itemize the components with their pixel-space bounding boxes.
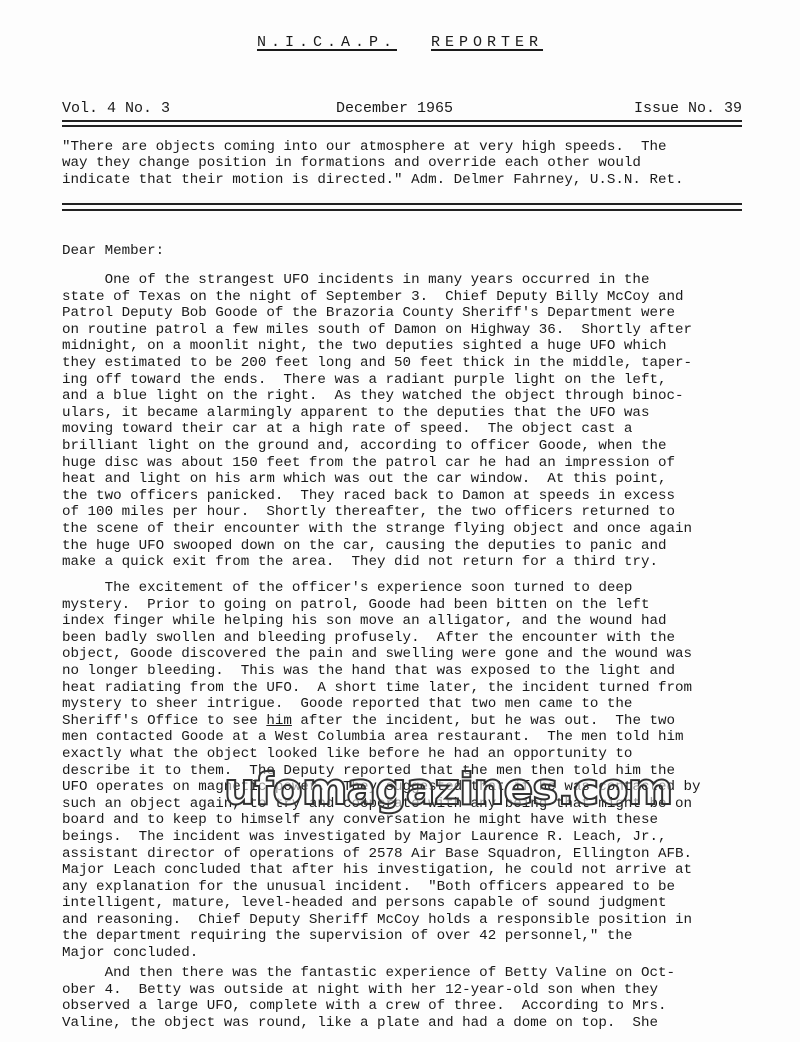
issue-info-bar: Vol. 4 No. 3 December 1965 Issue No. 39 bbox=[62, 100, 742, 122]
paragraph-mystery: The excitement of the officer's experien… bbox=[62, 580, 782, 962]
paragraph-text: after the incident, but he was out. The … bbox=[62, 713, 701, 961]
epigraph-quote: "There are objects coming into our atmos… bbox=[62, 139, 762, 188]
masthead-title: REPORTER bbox=[431, 34, 543, 51]
divider bbox=[62, 125, 742, 127]
masthead-org: N.I.C.A.P. bbox=[257, 34, 397, 51]
paragraph-betty-valine: And then there was the fantastic experie… bbox=[62, 965, 782, 1031]
divider bbox=[62, 209, 742, 211]
issue-date: December 1965 bbox=[336, 100, 453, 117]
volume-number: Vol. 4 No. 3 bbox=[62, 100, 170, 117]
underlined-word: him bbox=[266, 713, 292, 729]
paragraph-text: The excitement of the officer's experien… bbox=[62, 580, 692, 729]
divider bbox=[62, 203, 742, 205]
paragraph-texas-incident: One of the strangest UFO incidents in ma… bbox=[62, 272, 782, 571]
newsletter-page: N.I.C.A.P.REPORTER Vol. 4 No. 3 December… bbox=[0, 0, 800, 1042]
issue-number: Issue No. 39 bbox=[634, 100, 742, 117]
masthead: N.I.C.A.P.REPORTER bbox=[0, 34, 800, 51]
salutation: Dear Member: bbox=[62, 243, 164, 259]
